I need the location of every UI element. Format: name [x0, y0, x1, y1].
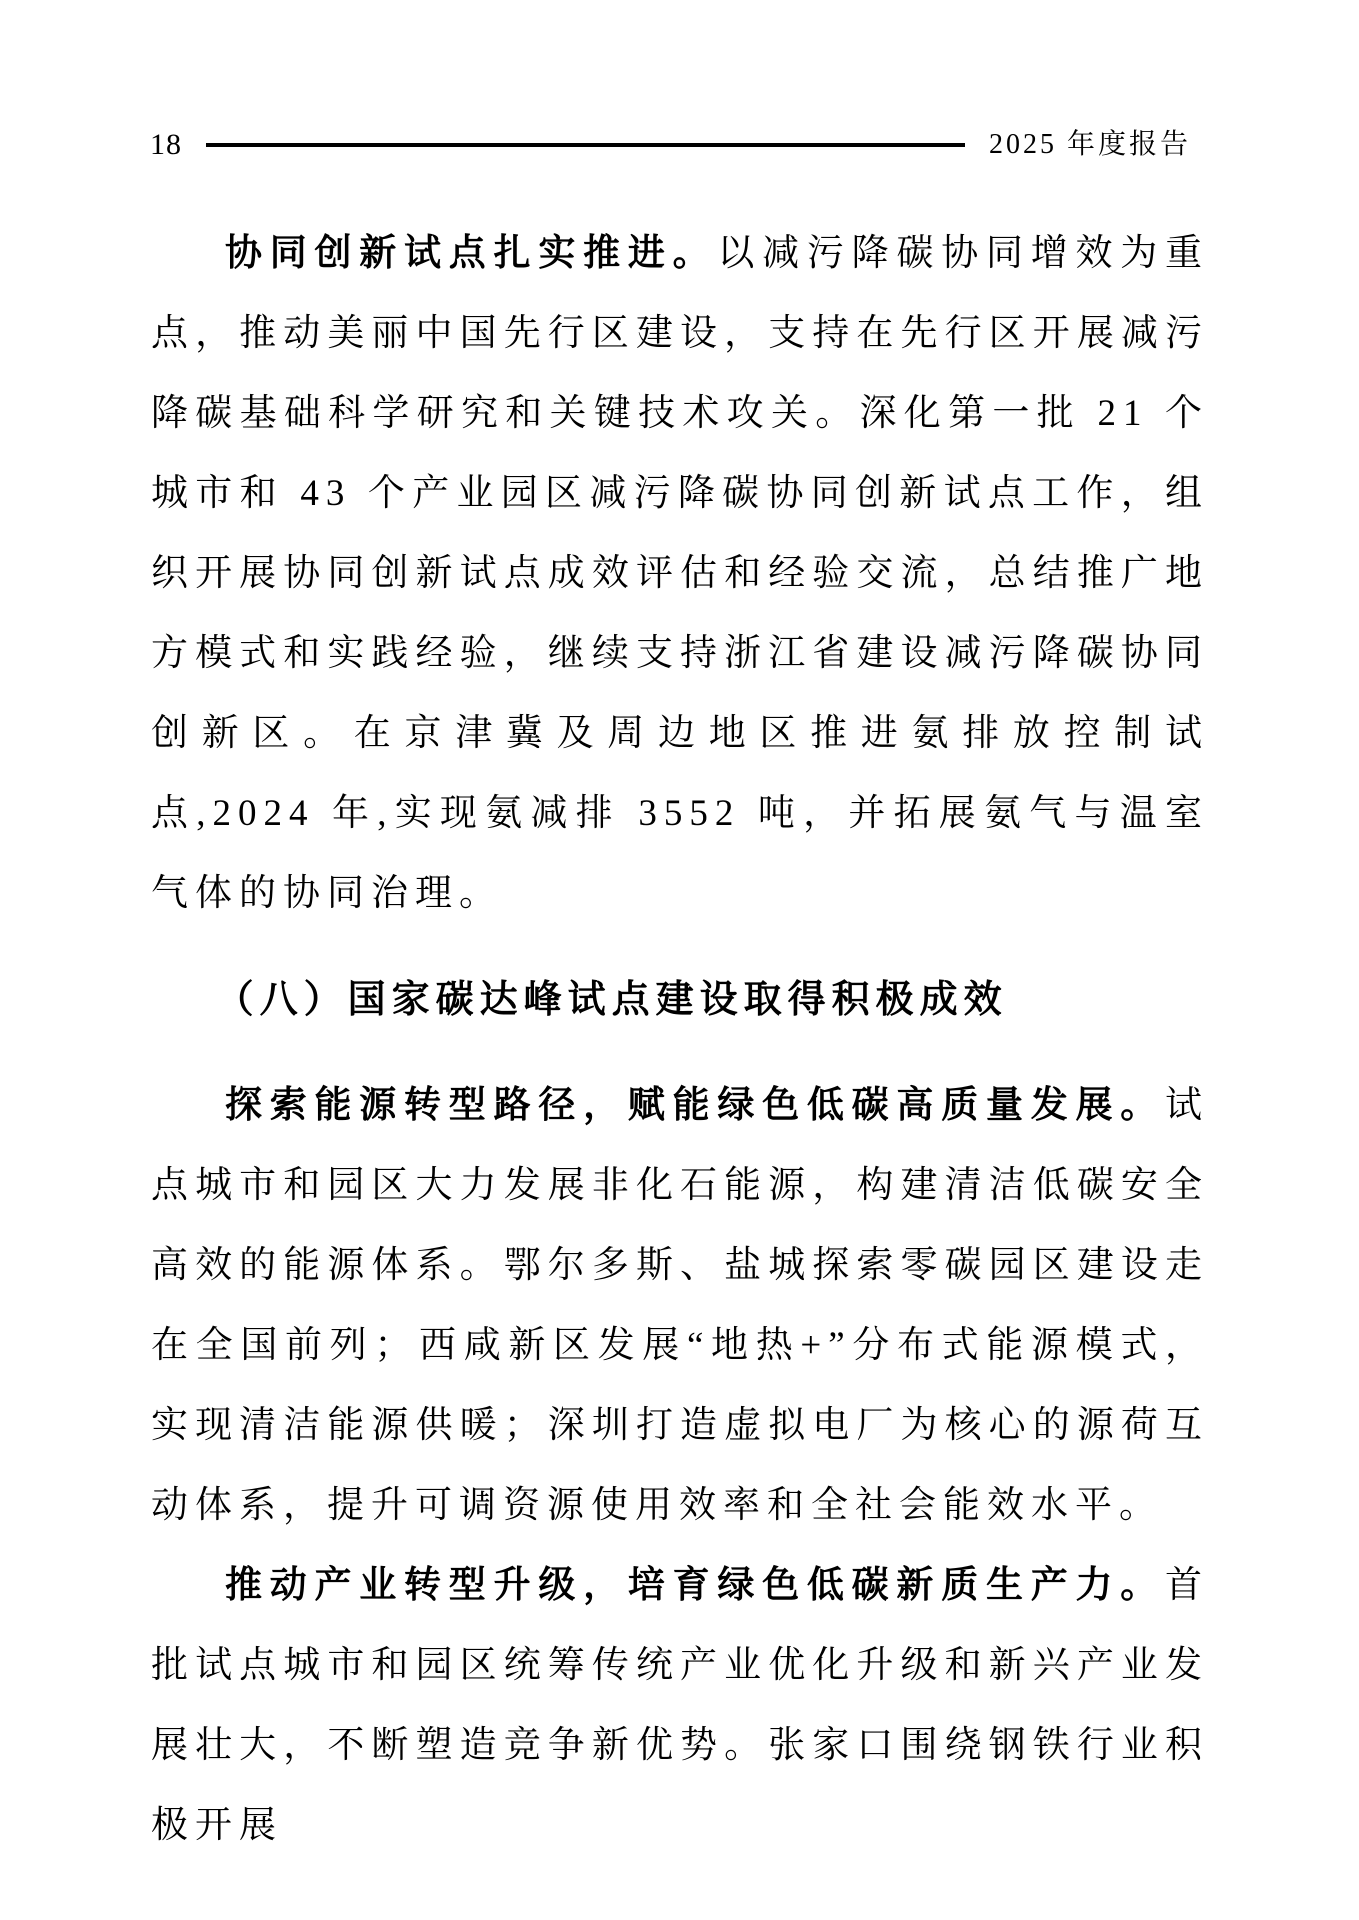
paragraph-collaborative-innovation: 协同创新试点扎实推进。以减污降碳协同增效为重点，推动美丽中国先行区建设，支持在先… [151, 214, 1209, 934]
section-heading-carbon-peak-pilot: （八）国家碳达峰试点建设取得积极成效 [151, 960, 1209, 1040]
paragraph-body-text: 试点城市和园区大力发展非化石能源，构建清洁低碳安全高效的能源体系。鄂尔多斯、盐城… [151, 1085, 1209, 1526]
paragraph-body-text: 以减污降碳协同增效为重点，推动美丽中国先行区建设，支持在先行区开展减污降碳基础科… [151, 233, 1209, 914]
paragraph-body-text: 首批试点城市和园区统筹传统产业优化升级和新兴产业发展壮大，不断塑造竞争新优势。张… [151, 1565, 1209, 1846]
report-title: 2025 年度报告 [989, 128, 1191, 162]
paragraph-lead-bold: 探索能源转型路径，赋能绿色低碳高质量发展。 [225, 1085, 1165, 1126]
document-page: 18 2025 年度报告 协同创新试点扎实推进。以减污降碳协同增效为重点，推动美… [0, 0, 1359, 1920]
document-body: 协同创新试点扎实推进。以减污降碳协同增效为重点，推动美丽中国先行区建设，支持在先… [151, 214, 1209, 1866]
header-divider-line [206, 143, 965, 147]
paragraph-lead-bold: 推动产业转型升级，培育绿色低碳新质生产力。 [225, 1565, 1165, 1606]
paragraph-industry-upgrade: 推动产业转型升级，培育绿色低碳新质生产力。首批试点城市和园区统筹传统产业优化升级… [151, 1546, 1209, 1866]
paragraph-lead-bold: 协同创新试点扎实推进。 [225, 233, 717, 274]
page-header: 18 2025 年度报告 [150, 0, 1191, 162]
page-number: 18 [150, 128, 182, 162]
paragraph-energy-transition: 探索能源转型路径，赋能绿色低碳高质量发展。试点城市和园区大力发展非化石能源，构建… [151, 1066, 1209, 1546]
